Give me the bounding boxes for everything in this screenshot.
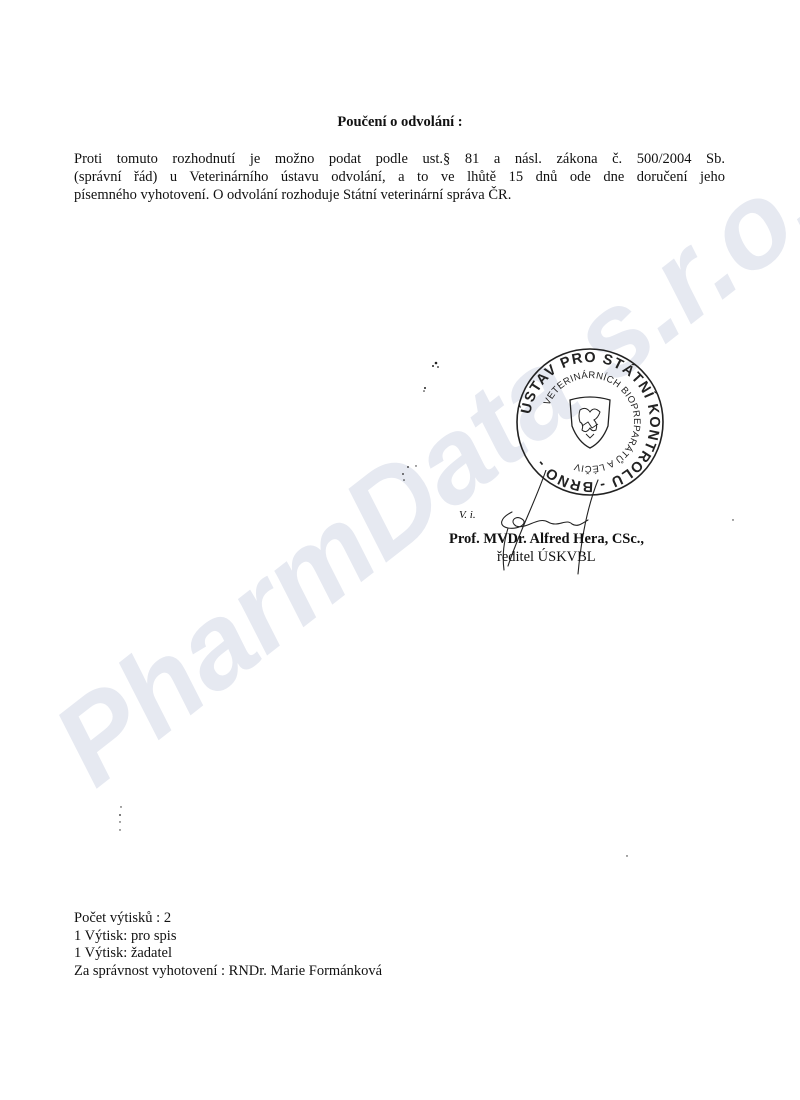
- coat-of-arms-icon: [570, 397, 610, 448]
- paragraph-line: písemného vyhotovení. O odvolání rozhodu…: [74, 186, 725, 204]
- svg-text:PharmData s.r.o.: PharmData s.r.o.: [30, 133, 800, 810]
- document-page: PharmData s.r.o. Poučení o odvolání : Pr…: [0, 0, 800, 1100]
- copy-recipient-1: 1 Výtisk: pro spis: [74, 928, 382, 946]
- signer-name: Prof. MVDr. Alfred Hera, CSc.,: [449, 531, 644, 548]
- verified-by: Za správnost vyhotovení : RNDr. Marie Fo…: [74, 963, 382, 981]
- paragraph-line: (správní řád) u Veterinárního ústavu odv…: [74, 168, 725, 186]
- svg-text:VETERINÁRNÍCH BIOPREPARÁTŮ A L: VETERINÁRNÍCH BIOPREPARÁTŮ A LÉČIV: [542, 370, 642, 474]
- document-footer: Počet výtisků : 2 1 Výtisk: pro spis 1 V…: [74, 910, 382, 980]
- appeal-notice-paragraph: Proti tomuto rozhodnutí je možno podat p…: [74, 150, 725, 204]
- copies-count: Počet výtisků : 2: [74, 910, 382, 928]
- signer-title: ředitel ÚSKVBL: [497, 549, 596, 566]
- signature-initials: V. i.: [459, 509, 476, 521]
- page-title: Poučení o odvolání :: [0, 114, 800, 131]
- copy-recipient-2: 1 Výtisk: žadatel: [74, 945, 382, 963]
- paragraph-line: Proti tomuto rozhodnutí je možno podat p…: [74, 150, 725, 168]
